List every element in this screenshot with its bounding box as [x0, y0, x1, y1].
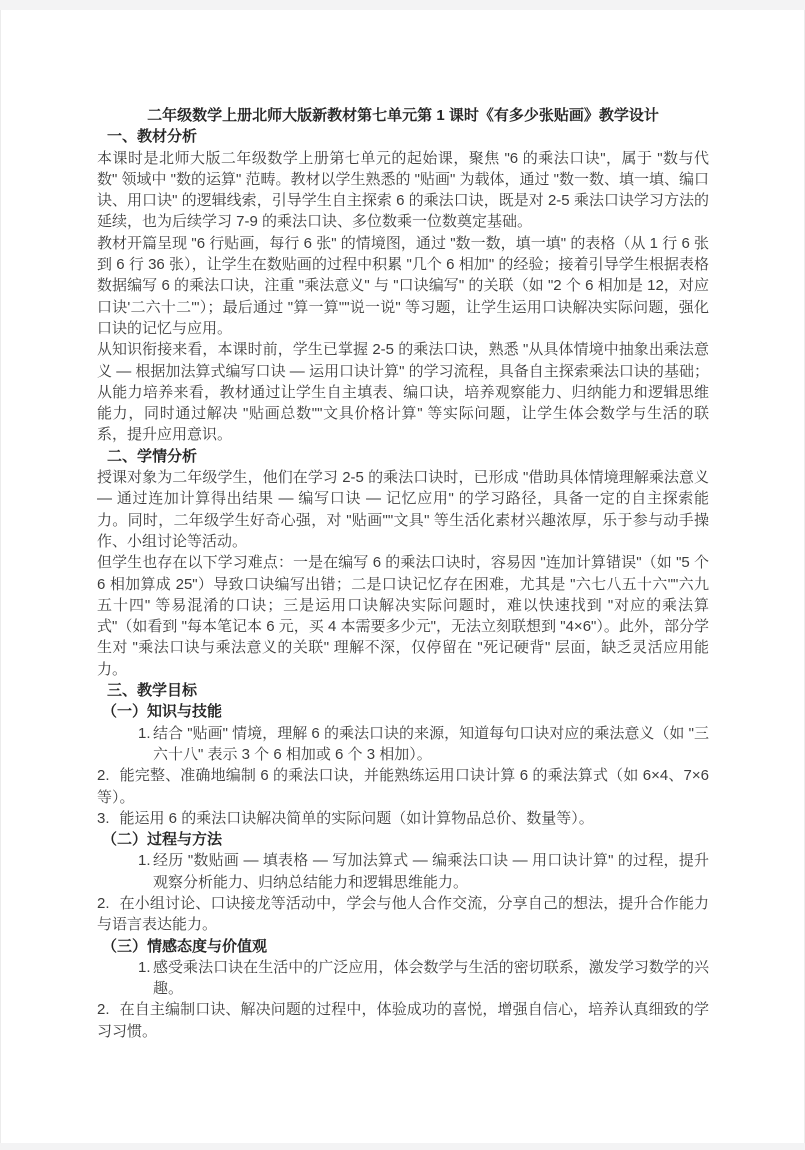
list-item-text: 在小组讨论、口诀接龙等活动中，学会与他人合作交流，分享自己的想法，提升合作能力与… [97, 895, 709, 933]
list-item-text: 经历 "数贴画 — 填表格 — 写加法算式 — 编乘法口诀 — 用口诀计算" 的… [153, 850, 709, 893]
list-item-text: 能完整、准确地编制 6 的乘法口诀，并能熟练运用口诀计算 6 的乘法算式（如 6… [97, 767, 709, 805]
section-heading-material-analysis: 一、教材分析 [97, 126, 709, 147]
material-analysis-paragraph-1: 本课时是北师大版二年级数学上册第七单元的起始课，聚焦 "6 的乘法口诀"，属于 … [97, 148, 709, 233]
list-item-text: 结合 "贴画" 情境，理解 6 的乘法口诀的来源，知道每句口诀对应的乘法意义（如… [153, 723, 709, 766]
document-title: 二年级数学上册北师大版新教材第七单元第 1 课时《有多少张贴画》教学设计 [97, 105, 709, 126]
list-item-marker: 3. [97, 808, 110, 829]
material-analysis-paragraph-2: 教材开篇呈现 "6 行贴画，每行 6 张" 的情境图，通过 "数一数，填一填" … [97, 233, 709, 339]
list-item-marker: 1. [138, 850, 153, 893]
list-item: 1. 感受乘法口诀在生活中的广泛应用，体会数学与生活的密切联系，激发学习数学的兴… [97, 957, 709, 1000]
list-item-text: 感受乘法口诀在生活中的广泛应用，体会数学与生活的密切联系，激发学习数学的兴趣。 [153, 957, 709, 1000]
list-item: 2.能完整、准确地编制 6 的乘法口诀，并能熟练运用口诀计算 6 的乘法算式（如… [97, 765, 709, 808]
list-item-text: 在自主编制口诀、解决问题的过程中，体验成功的喜悦，增强自信心，培养认真细致的学习… [97, 1001, 709, 1039]
subsection-heading-knowledge-skills: （一）知识与技能 [97, 701, 709, 722]
learner-analysis-paragraph-1: 授课对象为二年级学生，他们在学习 2-5 的乘法口诀时，已形成 "借助具体情境理… [97, 467, 709, 552]
list-item: 3.能运用 6 的乘法口诀解决简单的实际问题（如计算物品总价、数量等）。 [97, 808, 709, 829]
list-item-marker: 2. [97, 765, 110, 786]
list-item-marker: 2. [97, 893, 110, 914]
list-item: 2.在小组讨论、口诀接龙等活动中，学会与他人合作交流，分享自己的想法，提升合作能… [97, 893, 709, 936]
list-item-marker: 1. [138, 957, 153, 1000]
list-item-marker: 2. [97, 999, 110, 1020]
list-item: 1. 结合 "贴画" 情境，理解 6 的乘法口诀的来源，知道每句口诀对应的乘法意… [97, 723, 709, 766]
section-heading-learner-analysis: 二、学情分析 [97, 446, 709, 467]
section-heading-teaching-goals: 三、教学目标 [97, 680, 709, 701]
subsection-heading-process-methods: （二）过程与方法 [97, 829, 709, 850]
screenshot-canvas: 二年级数学上册北师大版新教材第七单元第 1 课时《有多少张贴画》教学设计 一、教… [0, 0, 805, 1150]
list-item-text: 能运用 6 的乘法口诀解决简单的实际问题（如计算物品总价、数量等）。 [120, 810, 594, 827]
learner-analysis-paragraph-2: 但学生也存在以下学习难点：一是在编写 6 的乘法口诀时，容易因 "连加计算错误"… [97, 552, 709, 680]
list-item: 2.在自主编制口诀、解决问题的过程中，体验成功的喜悦，增强自信心，培养认真细致的… [97, 999, 709, 1042]
document-page: 二年级数学上册北师大版新教材第七单元第 1 课时《有多少张贴画》教学设计 一、教… [0, 10, 805, 1143]
subsection-heading-emotion-values: （三）情感态度与价值观 [97, 936, 709, 957]
list-item-marker: 1. [138, 723, 153, 766]
list-item: 1. 经历 "数贴画 — 填表格 — 写加法算式 — 编乘法口诀 — 用口诀计算… [97, 850, 709, 893]
material-analysis-paragraph-3: 从知识衔接来看，本课时前，学生已掌握 2-5 的乘法口诀，熟悉 "从具体情境中抽… [97, 339, 709, 445]
